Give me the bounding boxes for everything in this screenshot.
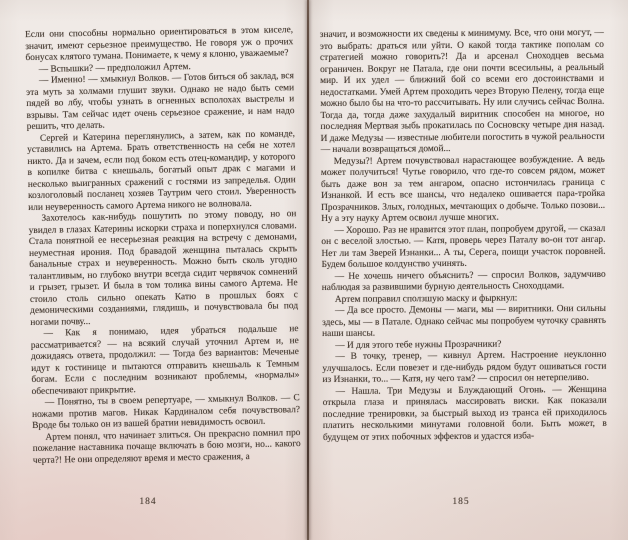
paragraph: — Как я понимаю, идея убраться подальше … — [30, 324, 299, 398]
paragraph: — Не хочешь ничего объяснить? — спросил … — [322, 269, 606, 294]
book-page-right: значит, и возможности их сведены к миним… — [316, 0, 622, 540]
paragraph: — Нашла. Три Медузы и Блуждающий Огонь. … — [323, 384, 607, 444]
paragraph: Медузы?! Артем почувствовал нарастающее … — [321, 154, 606, 225]
paragraph: Если они способны нормально ориентироват… — [25, 25, 294, 64]
paragraph: значит, и возможности их сведены к миним… — [320, 28, 605, 157]
paragraph: — Да все просто. Демоны — маги, мы — вир… — [322, 304, 606, 341]
book-gutter — [307, 0, 309, 540]
paragraph: — В точку, тренер, — кивнул Артем. Настр… — [322, 350, 606, 387]
page-number: 185 — [308, 497, 614, 507]
page-number: 184 — [0, 497, 298, 507]
paragraph: — Хорошо. Раз не нравится этот план, поп… — [321, 223, 605, 271]
paragraph: Артем понял, что начинает злиться. Он пр… — [32, 428, 301, 467]
paragraph: — Понятно, ты в своем репертуаре, — хмык… — [32, 393, 301, 432]
page-left-text: Если они способны нормально ориентироват… — [25, 25, 301, 467]
book-page-left: Если они способны нормально ориентироват… — [0, 0, 300, 540]
book-spread: Если они способны нормально ориентироват… — [0, 0, 628, 540]
page-right-text: значит, и возможности их сведены к миним… — [320, 28, 607, 444]
paragraph: Сергей и Катерина переглянулись, а затем… — [27, 129, 296, 214]
paragraph: — Именно! — хмыкнул Волков. — Готов бить… — [26, 71, 295, 133]
paragraph: Захотелось как-нибудь пошутить по этому … — [28, 209, 298, 329]
